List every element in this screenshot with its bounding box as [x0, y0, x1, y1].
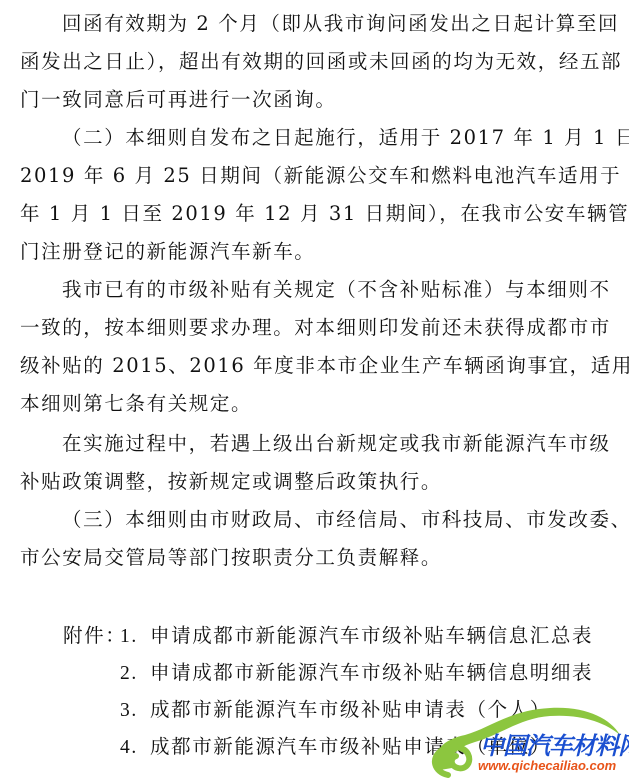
attachment-item: 1.申请成都市新能源汽车市级补贴车辆信息汇总表 [120, 624, 593, 649]
paragraph-line: 门注册登记的新能源汽车新车。 [20, 240, 315, 264]
paragraph-line: 一致的，按本细则要求办理。对本细则印发前还未获得成都市市 [20, 316, 611, 340]
paragraph-line: 函发出之日止），超出有效期的回函或未回函的均为无效，经五部 [20, 50, 622, 74]
paragraph-line: （二）本细则自发布之日起施行，适用于 2017 年 1 月 1 日至 [62, 126, 629, 150]
attachment-title: 成都市新能源汽车市级补贴申请表（单位） [150, 735, 551, 758]
paragraph-line: 门一致同意后可再进行一次函询。 [20, 88, 337, 112]
attachment-item: 3.成都市新能源汽车市级补贴申请表（个人） [120, 698, 551, 723]
attachment-title: 成都市新能源汽车市级补贴申请表（个人） [150, 698, 551, 721]
attachment-item: 4.成都市新能源汽车市级补贴申请表（单位） [120, 735, 551, 760]
paragraph-line: 市公安局交管局等部门按职责分工负责解释。 [20, 546, 442, 570]
attachment-number: 3. [120, 699, 150, 723]
attachment-number: 1. [120, 625, 150, 649]
attachment-number: 4. [120, 736, 150, 760]
watermark-url: www.qichecailiao.com [478, 758, 616, 773]
attachment-item: 2.申请成都市新能源汽车市级补贴车辆信息明细表 [120, 661, 593, 686]
paragraph-line: 2019 年 6 月 25 日期间（新能源公交车和燃料电池汽车适用于 2017 [20, 164, 629, 188]
paragraph-line: 我市已有的市级补贴有关规定（不含补贴标准）与本细则不 [62, 278, 611, 302]
document-page: 回函有效期为 2 个月（即从我市询问函发出之日起计算至回 函发出之日止），超出有… [0, 0, 629, 781]
paragraph-line: 补贴政策调整，按新规定或调整后政策执行。 [20, 470, 442, 494]
attachments-label: 附件： [63, 624, 126, 648]
paragraph-line: 本细则第七条有关规定。 [20, 392, 252, 416]
attachment-title: 申请成都市新能源汽车市级补贴车辆信息汇总表 [150, 624, 593, 647]
attachment-title: 申请成都市新能源汽车市级补贴车辆信息明细表 [150, 661, 593, 684]
paragraph-line: 在实施过程中，若遇上级出台新规定或我市新能源汽车市级 [62, 432, 611, 456]
paragraph-line: 级补贴的 2015、2016 年度非本市企业生产车辆函询事宜，适用于 [20, 354, 629, 378]
attachment-number: 2. [120, 662, 150, 686]
paragraph-line: 年 1 月 1 日至 2019 年 12 月 31 日期间），在我市公安车辆管理… [20, 202, 629, 226]
paragraph-line: 回函有效期为 2 个月（即从我市询问函发出之日起计算至回 [62, 12, 619, 36]
paragraph-line: （三）本细则由市财政局、市经信局、市科技局、市发改委、 [62, 508, 629, 532]
